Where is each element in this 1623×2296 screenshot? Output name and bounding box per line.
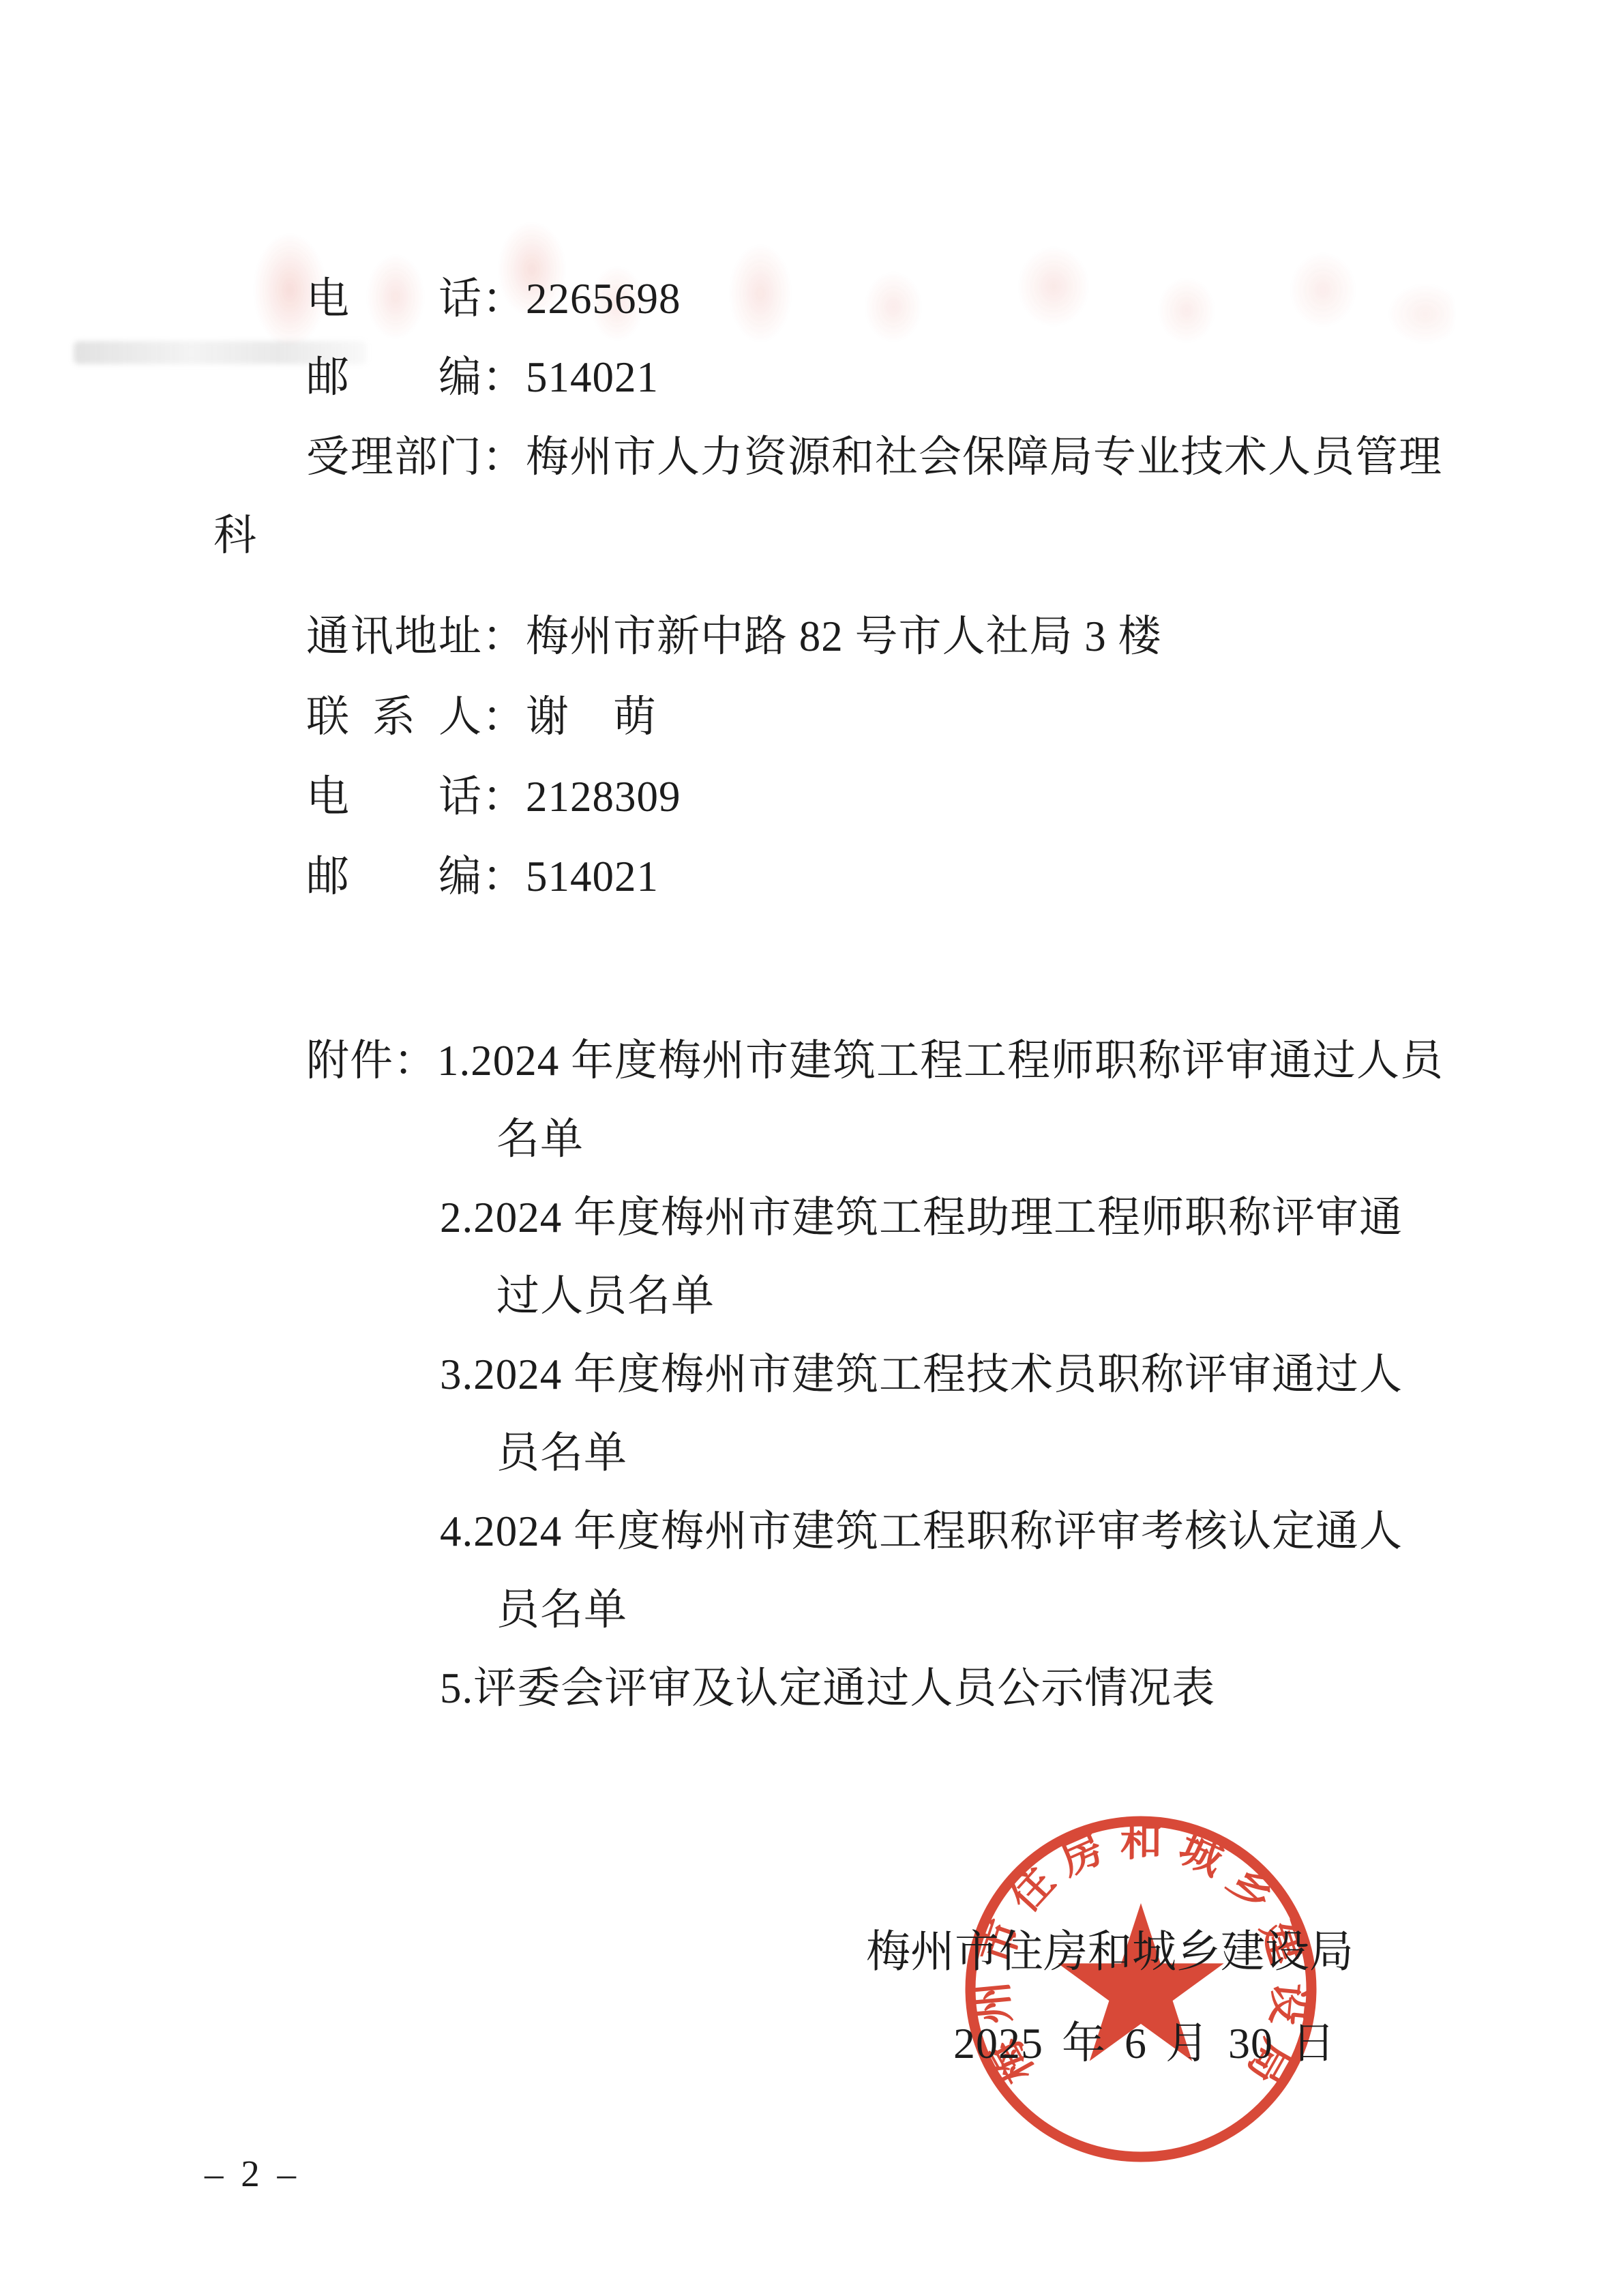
address-value: 梅州市新中路 82 号市人社局 3 楼	[526, 613, 1162, 660]
attachment-item-1-line2: 名单	[496, 1117, 584, 1162]
colon: ：	[482, 276, 526, 321]
postcode-value: 514021	[526, 353, 659, 401]
phone-value: 2128309	[526, 773, 681, 821]
attachment-item-2-line1: 2.2024 年度梅州市建筑工程助理工程师职称评审通	[440, 1195, 1403, 1240]
department-value: 梅州市人力资源和社会保障局专业技术人员管理	[526, 433, 1442, 481]
issuing-agency: 梅州市住房和城乡建设局	[866, 1929, 1354, 1975]
attachments-label: 附件	[306, 1037, 393, 1085]
address-label: 通讯地址	[306, 614, 482, 659]
attachment-item-3-line2: 员名单	[496, 1430, 627, 1475]
attachment-item-3-line1: 3.2024 年度梅州市建筑工程技术员职称评审通过人	[440, 1352, 1403, 1397]
issue-date: 2025 年 6 月 30 日	[953, 2020, 1336, 2066]
phone-label: 电话	[306, 276, 482, 321]
department-label: 受理部门	[306, 435, 482, 480]
colon: ：	[482, 694, 526, 739]
postcode-label: 邮编	[306, 355, 482, 400]
department-row: 受理部门：梅州市人力资源和社会保障局专业技术人员管理	[306, 435, 1442, 480]
official-seal: 梅州市住房和城乡建设局	[957, 1805, 1325, 2173]
postcode-label: 邮编	[306, 854, 482, 899]
department-wrap-line: 科	[213, 513, 257, 558]
colon: ：	[393, 1038, 437, 1083]
postcode-row-1: 邮编：514021	[306, 355, 659, 400]
contact-person-label: 联系人	[306, 694, 482, 739]
colon: ：	[482, 774, 526, 819]
colon: ：	[482, 355, 526, 400]
postcode-row-2: 邮编：514021	[306, 854, 659, 899]
attachment-item-1-line1: 附件：1.2024 年度梅州市建筑工程工程师职称评审通过人员	[306, 1038, 1444, 1083]
document-page: 电话：2265698 邮编：514021 受理部门：梅州市人力资源和社会保障局专…	[0, 0, 1623, 2296]
postcode-value: 514021	[526, 853, 659, 900]
contact-person-value: 谢 萌	[526, 693, 657, 741]
phone-row-1: 电话：2265698	[306, 276, 681, 321]
phone-row-2: 电话：2128309	[306, 774, 681, 819]
attachment-text: 1.2024 年度梅州市建筑工程工程师职称评审通过人员	[437, 1037, 1444, 1085]
attachment-item-4-line1: 4.2024 年度梅州市建筑工程职称评审考核认定通人	[440, 1509, 1403, 1554]
attachment-item-5-line1: 5.评委会评审及认定通过人员公示情况表	[440, 1666, 1215, 1711]
attachment-item-2-line2: 过人员名单	[496, 1274, 715, 1319]
phone-label: 电话	[306, 774, 482, 819]
phone-value: 2265698	[526, 275, 681, 323]
page-number: – 2 –	[205, 2154, 300, 2194]
colon: ：	[482, 435, 526, 480]
address-row: 通讯地址：梅州市新中路 82 号市人社局 3 楼	[306, 614, 1162, 659]
colon: ：	[482, 614, 526, 659]
attachment-item-4-line2: 员名单	[496, 1587, 627, 1632]
colon: ：	[482, 854, 526, 899]
contact-person-row: 联系人：谢 萌	[306, 694, 657, 739]
